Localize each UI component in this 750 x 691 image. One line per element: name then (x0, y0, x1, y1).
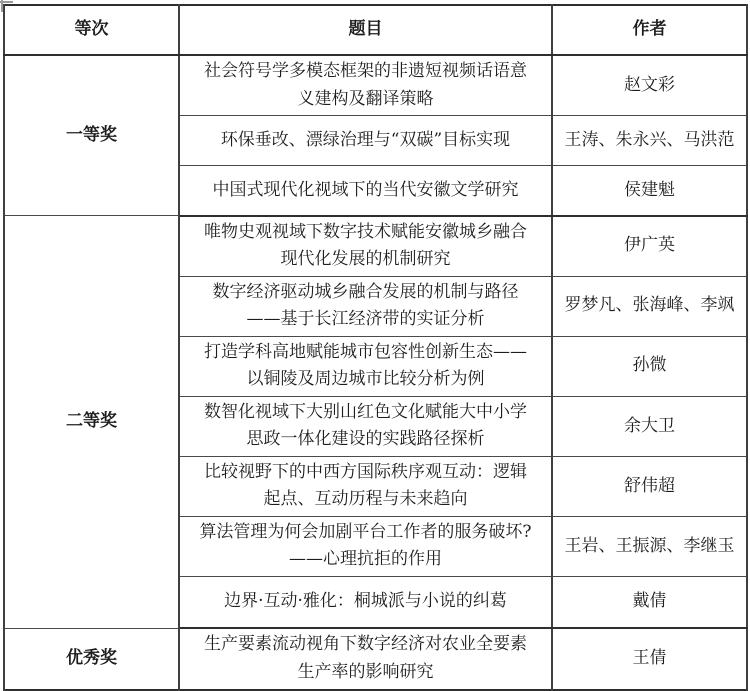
title-cell: 唯物史观视域下数字技术赋能安徽城乡融合现代化发展的机制研究 (179, 216, 552, 277)
title-cell: 中国式现代化视域下的当代安徽文学研究 (179, 166, 552, 216)
authors-cell: 孙微 (552, 336, 747, 396)
header-authors: 作者 (552, 5, 747, 55)
title-cell: 数智化视域下大别山红色文化赋能大中小学思政一体化建设的实践路径探析 (179, 396, 552, 456)
authors-cell: 侯建魁 (552, 166, 747, 216)
rank-cell-second-prize: 二等奖 (4, 216, 179, 629)
awards-table: 等次 题目 作者 一等奖 社会符号学多模态框架的非遗短视频话语意义建构及翻译策略… (3, 4, 748, 691)
awards-table-container: 等次 题目 作者 一等奖 社会符号学多模态框架的非遗短视频话语意义建构及翻译策略… (3, 4, 748, 691)
authors-cell: 舒伟超 (552, 456, 747, 516)
title-cell: 边界·互动·雅化：桐城派与小说的纠葛 (179, 576, 552, 628)
header-title: 题目 (179, 5, 552, 55)
authors-cell: 戴倩 (552, 576, 747, 628)
authors-cell: 余大卫 (552, 396, 747, 456)
header-row: 等次 题目 作者 (4, 5, 747, 55)
rank-cell-first-prize: 一等奖 (4, 55, 179, 216)
title-cell: 比较视野下的中西方国际秩序观互动：逻辑起点、互动历程与未来趋向 (179, 456, 552, 516)
title-cell: 打造学科高地赋能城市包容性创新生态——以铜陵及周边城市比较分析为例 (179, 336, 552, 396)
authors-cell: 罗梦凡、张海峰、李飒 (552, 276, 747, 336)
authors-cell: 王岩、王振源、李继玉 (552, 516, 747, 576)
authors-cell: 王涛、朱永兴、马洪范 (552, 116, 747, 166)
rank-cell-excellence-prize: 优秀奖 (4, 628, 179, 689)
authors-cell: 赵文彩 (552, 55, 747, 116)
title-cell: 社会符号学多模态框架的非遗短视频话语意义建构及翻译策略 (179, 55, 552, 116)
authors-cell: 王倩 (552, 628, 747, 689)
header-rank: 等次 (4, 5, 179, 55)
table-row: 优秀奖 生产要素流动视角下数字经济对农业全要素生产率的影响研究 王倩 (4, 628, 747, 689)
title-cell: 数字经济驱动城乡融合发展的机制与路径——基于长江经济带的实证分析 (179, 276, 552, 336)
authors-cell: 伊广英 (552, 216, 747, 277)
title-cell: 环保垂改、漂绿治理与“双碳”目标实现 (179, 116, 552, 166)
table-row: 一等奖 社会符号学多模态框架的非遗短视频话语意义建构及翻译策略 赵文彩 (4, 55, 747, 116)
table-row: 二等奖 唯物史观视域下数字技术赋能安徽城乡融合现代化发展的机制研究 伊广英 (4, 216, 747, 277)
title-cell: 算法管理为何会加剧平台工作者的服务破坏?——心理抗拒的作用 (179, 516, 552, 576)
title-cell: 生产要素流动视角下数字经济对农业全要素生产率的影响研究 (179, 628, 552, 689)
